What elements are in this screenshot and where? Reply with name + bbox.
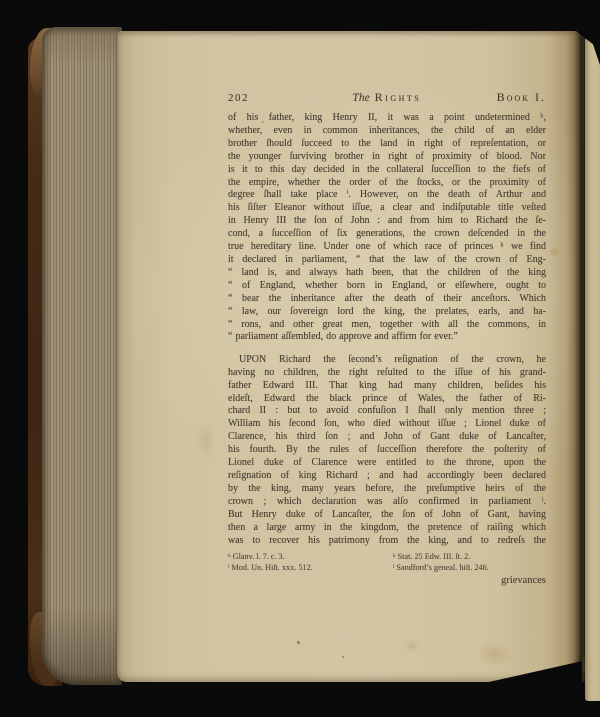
page-edges-stack (42, 27, 122, 685)
footnote-column-right: ᵏ Stat. 25 Edw. III. ſt. 2.ˡ Sandford’s … (387, 552, 546, 573)
text-line: “ bear the inheritance after the death o… (228, 293, 546, 306)
text-line: “ law, our ſovereign lord the king, the … (228, 306, 546, 319)
text-line: it declared in parliament, “ that the la… (228, 254, 546, 267)
text-line: degree ſhall take place ⁱ. However, on t… (228, 189, 546, 202)
text-line: ʰ Glanv. l. 7. c. 3. (228, 552, 387, 562)
paper-stain (477, 641, 513, 667)
text-line: ⁱ Mod. Un. Hiſt. xxx. 512. (228, 563, 387, 573)
running-head: 202 TheRights Book I. (228, 90, 546, 105)
printed-text-block: 202 TheRights Book I. of his father, kin… (228, 90, 546, 586)
text-line: by the king, many years before, the preſ… (228, 483, 546, 496)
text-line: eldeſt, Edward the black prince of Wales… (228, 393, 546, 406)
text-line: his fourth. By the rules of ſucceſſion t… (228, 444, 546, 457)
gutter-shadow (566, 31, 586, 682)
paper-speck (297, 641, 300, 644)
text-line: father Edward III. That king had many ch… (228, 380, 546, 393)
text-line: having no children, the right reſulted t… (228, 367, 546, 380)
text-line: chard II : but to avoid confuſion I ſhal… (228, 405, 546, 418)
book-label: Book I. (497, 90, 546, 105)
text-line: William his ſecond ſon, who died without… (228, 418, 546, 431)
text-line: UPON Richard the ſecond’s reſignation of… (228, 354, 546, 367)
text-line: “ of England, whether born in England, o… (228, 280, 546, 293)
paragraph-1: of his father, king Henry II, it was a p… (228, 112, 546, 344)
running-title-text: Rights (375, 90, 422, 104)
text-line: then a large army in the kingdom, the pr… (228, 522, 546, 535)
text-line: crown ; which declaration was alſo confi… (228, 496, 546, 509)
book-photo: 202 TheRights Book I. of his father, kin… (0, 0, 600, 717)
text-line: reſignation of king Richard ; and had ac… (228, 470, 546, 483)
text-line: “ rons, and other great men, together wi… (228, 319, 546, 332)
text-line: cond, a ſucceſſion of ſix generations, t… (228, 228, 546, 241)
text-line: of his father, king Henry II, it was a p… (228, 112, 546, 125)
text-line: true hereditary line. Under one of which… (228, 241, 546, 254)
running-title: TheRights (352, 90, 421, 105)
text-line: his ſiſter Eleanor without iſſue, a clea… (228, 202, 546, 215)
paper-speck (342, 656, 344, 658)
text-line: in Henry III the ſon of John : and from … (228, 215, 546, 228)
text-line: ᵏ Stat. 25 Edw. III. ſt. 2. (393, 552, 546, 562)
text-line: ˡ Sandford’s geneal. hiſt. 246. (393, 563, 546, 573)
text-line: Lionel duke of Clarence were entitled to… (228, 457, 546, 470)
paragraph-2: UPON Richard the ſecond’s reſignation of… (228, 354, 546, 548)
text-line: “ parliament aſſembled, do approve and a… (228, 331, 546, 344)
text-line: the younger ſurviving brother in right o… (228, 151, 546, 164)
text-line: was to recover his patrimony from the ki… (228, 535, 546, 548)
text-line: But Henry duke of Lancaſter, the ſon of … (228, 509, 546, 522)
page-number: 202 (228, 92, 249, 104)
footnotes: ʰ Glanv. l. 7. c. 3.ⁱ Mod. Un. Hiſt. xxx… (228, 552, 546, 573)
paper-stain (403, 639, 421, 653)
text-line: Clarence, his third ſon ; and John of Ga… (228, 431, 546, 444)
facing-page-sliver (585, 37, 600, 701)
footnote-column-left: ʰ Glanv. l. 7. c. 3.ⁱ Mod. Un. Hiſt. xxx… (228, 552, 387, 573)
text-line: the empire, whether the order of the ſto… (228, 177, 546, 190)
running-title-prefix: The (352, 92, 369, 104)
text-line: “ land is, and always hath been, that th… (228, 267, 546, 280)
text-line: is it to this day decided in the collate… (228, 164, 546, 177)
text-line: whether, even in common inheritances, th… (228, 125, 546, 138)
catchword: grievances (228, 575, 546, 586)
text-line: brother ſhould ſucceed to the land in ri… (228, 138, 546, 151)
